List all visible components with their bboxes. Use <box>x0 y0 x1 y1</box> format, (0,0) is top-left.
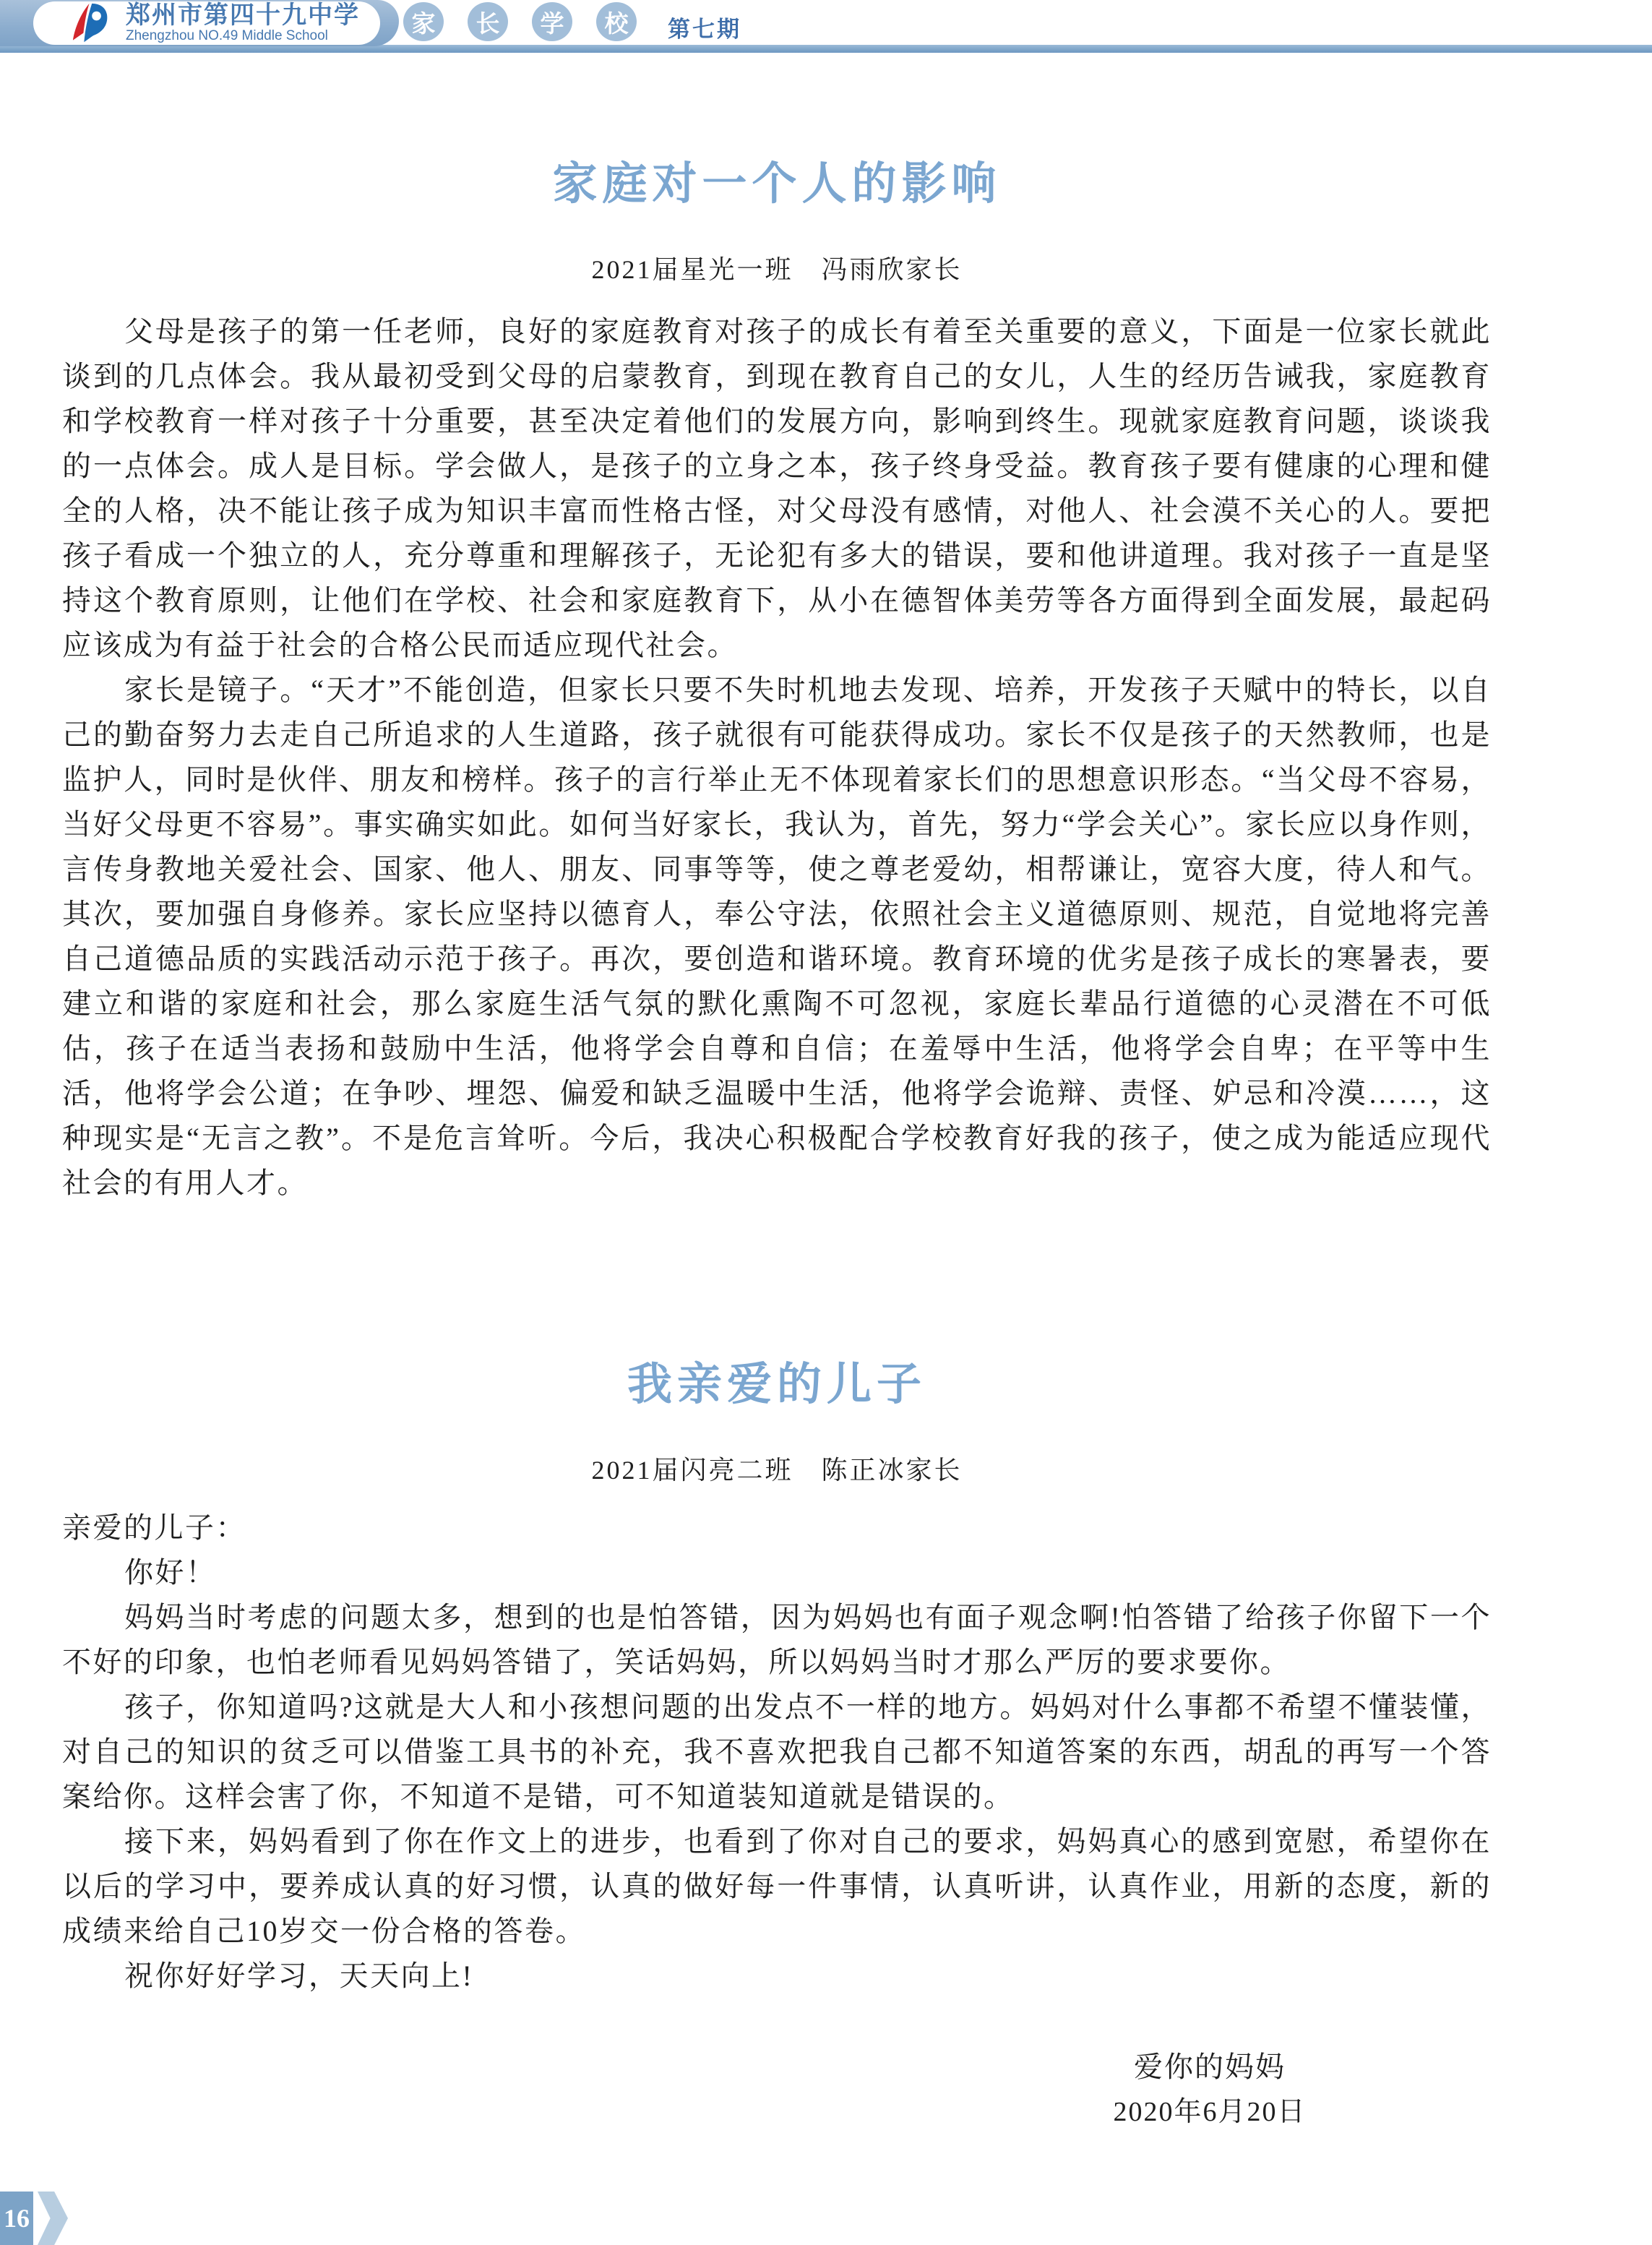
issue-label: 第七期 <box>668 11 741 43</box>
letter-date: 2020年6月20日 <box>1072 2090 1347 2134</box>
article2-title: 我亲爱的儿子 <box>62 1356 1492 1415</box>
badge-circle-xiao: 校 <box>596 2 637 41</box>
school-logo-plate: 郑州市第四十九中学 Zhengzhou NO.49 Middle School <box>33 1 380 45</box>
letter-closing-wish: 祝你好好学习，天天向上! <box>62 1954 1492 1999</box>
article-dear-son: 我亲爱的儿子 2021届闪亮二班 陈正冰家长 亲爱的儿子： 你好！ 妈妈当时考虑… <box>62 1356 1492 2134</box>
newsletter-page: 郑州市第四十九中学 Zhengzhou NO.49 Middle School … <box>0 0 1652 2245</box>
badge-circle-zhang: 长 <box>468 2 508 41</box>
header-bar: 郑州市第四十九中学 Zhengzhou NO.49 Middle School <box>0 0 399 46</box>
article2-byline: 2021届闪亮二班 陈正冰家长 <box>62 1452 1492 1488</box>
badge-circle-jia: 家 <box>403 2 444 41</box>
article1-paragraph: 父母是孩子的第一任老师，良好的家庭教育对孩子的成长有着至关重要的意义，下面是一位… <box>62 309 1492 668</box>
school-logo-icon <box>69 2 117 44</box>
letter-sign-block: 爱你的妈妈 2020年6月20日 <box>1072 2045 1347 2134</box>
school-name-english: Zhengzhou NO.49 Middle School <box>126 29 360 43</box>
letter-paragraph: 接下来，妈妈看到了你在作文上的进步，也看到了你对自己的要求，妈妈真心的感到宽慰，… <box>62 1819 1492 1954</box>
article1-byline: 2021届星光一班 冯雨欣家长 <box>62 252 1492 288</box>
letter-signature: 爱你的妈妈 <box>1072 2045 1347 2090</box>
page-number: 16 <box>4 2203 30 2233</box>
article1-title: 家庭对一个人的影响 <box>62 155 1492 214</box>
masthead-title-badges: 家 长 学 校 第七期 <box>403 1 741 42</box>
badge-circle-xue: 学 <box>532 2 572 41</box>
page-number-badge: 16 <box>0 2192 33 2245</box>
page-content: 家庭对一个人的影响 2021届星光一班 冯雨欣家长 父母是孩子的第一任老师，良好… <box>0 53 1652 2134</box>
school-name-chinese: 郑州市第四十九中学 <box>126 3 360 29</box>
article-family-influence: 家庭对一个人的影响 2021届星光一班 冯雨欣家长 父母是孩子的第一任老师，良好… <box>62 155 1492 1206</box>
letter-paragraph: 孩子，你知道吗?这就是大人和小孩想问题的出发点不一样的地方。妈妈对什么事都不希望… <box>62 1685 1492 1819</box>
page-number-arrow-icon <box>38 2192 68 2245</box>
letter-paragraph: 妈妈当时考虑的问题太多，想到的也是怕答错，因为妈妈也有面子观念啊!怕答错了给孩子… <box>62 1595 1492 1685</box>
letter-greeting: 你好！ <box>62 1550 1492 1595</box>
letter-salutation: 亲爱的儿子： <box>62 1506 1492 1550</box>
article1-paragraph: 家长是镜子。“天才”不能创造，但家长只要不失时机地去发现、培养，开发孩子天赋中的… <box>62 668 1492 1206</box>
school-names: 郑州市第四十九中学 Zhengzhou NO.49 Middle School <box>126 3 360 43</box>
